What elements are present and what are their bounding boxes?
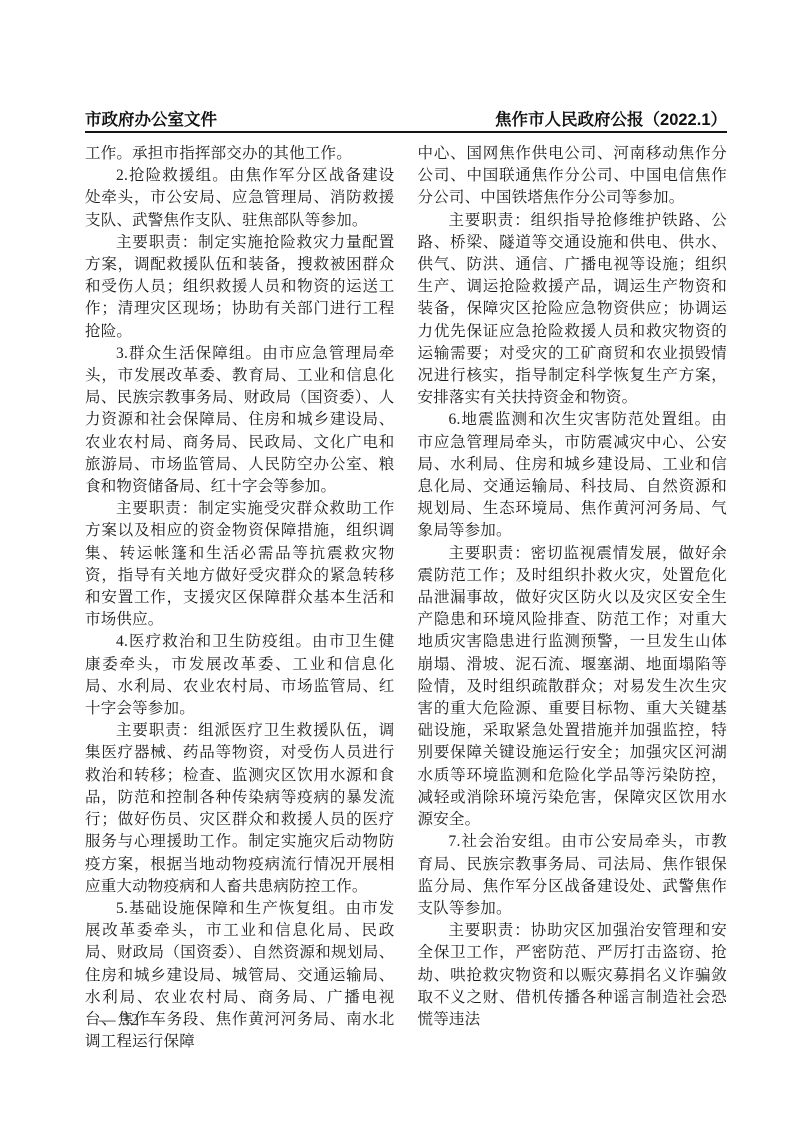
paragraph: 中心、国网焦作供电公司、河南移动焦作分公司、中国联通焦作分公司、中国电信焦作分公… — [418, 143, 728, 210]
column-right: 中心、国网焦作供电公司、河南移动焦作分公司、中国联通焦作分公司、中国电信焦作分公… — [418, 143, 728, 1053]
paragraph: 6.地震监测和次生灾害防范处置组。由市应急管理局牵头，市防震减灾中心、公安局、水… — [418, 409, 728, 542]
document-body: 工作。承担市指挥部交办的其他工作。2.抢险救援组。由焦作军分区战备建设处牵头，市… — [85, 143, 727, 1053]
paragraph: 工作。承担市指挥部交办的其他工作。 — [85, 143, 395, 165]
page-number: — 32 — — [99, 1010, 163, 1030]
paragraph: 5.基础设施保障和生产恢复组。由市发展改革委牵头，市工业和信息化局、民政局、财政… — [85, 898, 395, 1053]
page-header: 市政府办公室文件 焦作市人民政府公报（2022.1） — [85, 106, 727, 130]
paragraph: 主要职责：制定实施受灾群众救助工作方案以及相应的资金物资保障措施，组织调集、转运… — [85, 498, 395, 631]
column-left: 工作。承担市指挥部交办的其他工作。2.抢险救援组。由焦作军分区战备建设处牵头，市… — [85, 143, 395, 1053]
paragraph: 2.抢险救援组。由焦作军分区战备建设处牵头，市公安局、应急管理局、消防救援支队、… — [85, 165, 395, 232]
paragraph: 主要职责：组派医疗卫生救援队伍，调集医疗器械、药品等物资，对受伤人员进行救治和转… — [85, 720, 395, 898]
paragraph: 主要职责：协助灾区加强治安管理和安全保卫工作，严密防范、严厉打击盗窃、抢劫、哄抢… — [418, 920, 728, 1031]
paragraph: 3.群众生活保障组。由市应急管理局牵头，市发展改革委、教育局、工业和信息化局、民… — [85, 343, 395, 498]
paragraph: 主要职责：密切监视震情发展，做好余震防范工作；及时组织扑救火灾，处置危化品泄漏事… — [418, 543, 728, 832]
header-rule — [85, 131, 727, 133]
paragraph: 主要职责：组织指导抢修维护铁路、公路、桥梁、隧道等交通设施和供电、供水、供气、防… — [418, 210, 728, 410]
paragraph: 7.社会治安组。由市公安局牵头，市教育局、民族宗教事务局、司法局、焦作银保监分局… — [418, 831, 728, 920]
paragraph: 4.医疗救治和卫生防疫组。由市卫生健康委牵头，市发展改革委、工业和信息化局、水利… — [85, 631, 395, 720]
header-left-title: 市政府办公室文件 — [85, 106, 217, 130]
gazette-page: 市政府办公室文件 焦作市人民政府公报（2022.1） 工作。承担市指挥部交办的其… — [0, 0, 793, 1122]
header-right-title: 焦作市人民政府公报（2022.1） — [495, 106, 727, 130]
paragraph: 主要职责：制定实施抢险救灾力量配置方案，调配救援队伍和装备，搜救被困群众和受伤人… — [85, 232, 395, 343]
